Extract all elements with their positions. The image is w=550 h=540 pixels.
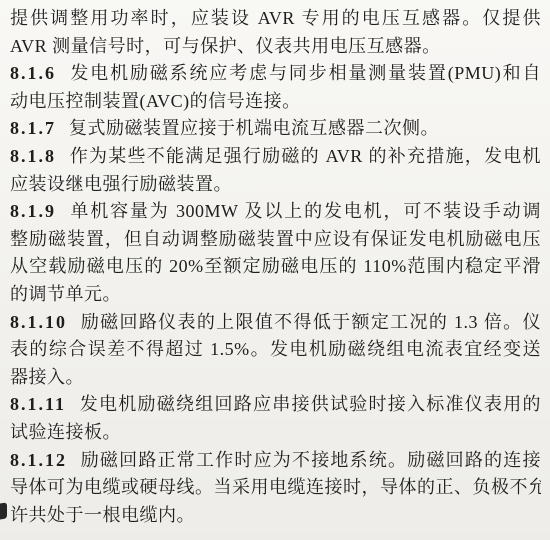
section-number: 8.1.6 (10, 63, 56, 83)
line-text: 整励磁装置，但自动调整励磁装置中应设有保证发电机励磁电压 (10, 229, 541, 249)
line-text: 导体可为电缆或硬母线。当采用电缆连接时，导体的正、负极不允 (10, 477, 541, 497)
text-line: 动电压控制装置(AVC)的信号连接。 (10, 88, 541, 116)
scan-artifact-blob (0, 503, 7, 520)
text-line: 8.1.11发电机励磁绕组回路应串接供试验时接入标准仪表用的 (10, 391, 541, 419)
line-text: 提供调整用功率时，应装设 AVR 专用的电压互感器。仅提供 (10, 8, 541, 28)
line-text: 单机容量为 300MW 及以上的发电机，可不装设手动调 (69, 201, 541, 221)
text-line: 8.1.10励磁回路仪表的上限值不得低于额定工况的 1.3 倍。仪 (10, 309, 541, 337)
line-text: 作为某些不能满足强行励磁的 AVR 的补充措施，发电机 (69, 146, 541, 166)
text-line: 从空载励磁电压的 20%至额定励磁电压的 110%范围内稳定平滑 (10, 253, 541, 281)
line-text: 许共处于一根电缆内。 (10, 505, 195, 525)
line-text: 从空载励磁电压的 20%至额定励磁电压的 110%范围内稳定平滑 (10, 256, 541, 276)
section-number: 8.1.12 (10, 450, 67, 470)
line-text: AVR 测量信号时，可与保护、仪表共用电压互感器。 (10, 36, 441, 56)
line-text: 试验连接板。 (10, 422, 121, 442)
section-number: 8.1.11 (10, 394, 66, 414)
text-line: 8.1.9单机容量为 300MW 及以上的发电机，可不装设手动调 (10, 198, 541, 226)
text-line: AVR 测量信号时，可与保护、仪表共用电压互感器。 (10, 33, 541, 61)
section-number: 8.1.9 (10, 201, 56, 221)
text-line: 许共处于一根电缆内。 (10, 502, 541, 530)
section-number: 8.1.10 (10, 312, 67, 332)
line-text: 动电压控制装置(AVC)的信号连接。 (10, 91, 301, 111)
text-line: 8.1.7复式励磁装置应接于机端电流互感器二次侧。 (10, 115, 541, 143)
text-line: 表的综合误差不得超过 1.5%。发电机励磁绕组电流表宜经变送 (10, 336, 541, 364)
text-line: 器接入。 (10, 364, 541, 392)
text-line: 整励磁装置，但自动调整励磁装置中应设有保证发电机励磁电压 (10, 226, 541, 254)
line-text: 发电机励磁绕组回路应串接供试验时接入标准仪表用的 (79, 394, 541, 414)
line-text: 励磁回路正常工作时应为不接地系统。励磁回路的连接 (80, 450, 541, 470)
text-line: 的调节单元。 (10, 281, 541, 309)
line-text: 励磁回路仪表的上限值不得低于额定工况的 1.3 倍。仪 (80, 312, 541, 332)
document-page: 提供调整用功率时，应装设 AVR 专用的电压互感器。仅提供 AVR 测量信号时，… (0, 0, 550, 540)
section-number: 8.1.7 (10, 118, 56, 138)
line-text: 发电机励磁系统应考虑与同步相量测量装置(PMU)和自 (69, 63, 541, 83)
text-line: 导体可为电缆或硬母线。当采用电缆连接时，导体的正、负极不允 (10, 474, 541, 502)
line-text: 的调节单元。 (10, 284, 121, 304)
line-text: 表的综合误差不得超过 1.5%。发电机励磁绕组电流表宜经变送 (10, 339, 541, 359)
text-line: 8.1.8作为某些不能满足强行励磁的 AVR 的补充措施，发电机 (10, 143, 541, 171)
line-text: 器接入。 (10, 367, 84, 387)
line-text: 应装设继电强行励磁装置。 (10, 174, 232, 194)
text-line: 8.1.12励磁回路正常工作时应为不接地系统。励磁回路的连接 (10, 447, 541, 475)
section-number: 8.1.8 (10, 146, 56, 166)
line-text: 复式励磁装置应接于机端电流互感器二次侧。 (69, 118, 439, 138)
text-line: 提供调整用功率时，应装设 AVR 专用的电压互感器。仅提供 (10, 5, 541, 33)
text-line: 应装设继电强行励磁装置。 (10, 171, 541, 199)
text-line: 8.1.6发电机励磁系统应考虑与同步相量测量装置(PMU)和自 (10, 60, 541, 88)
text-line: 试验连接板。 (10, 419, 541, 447)
